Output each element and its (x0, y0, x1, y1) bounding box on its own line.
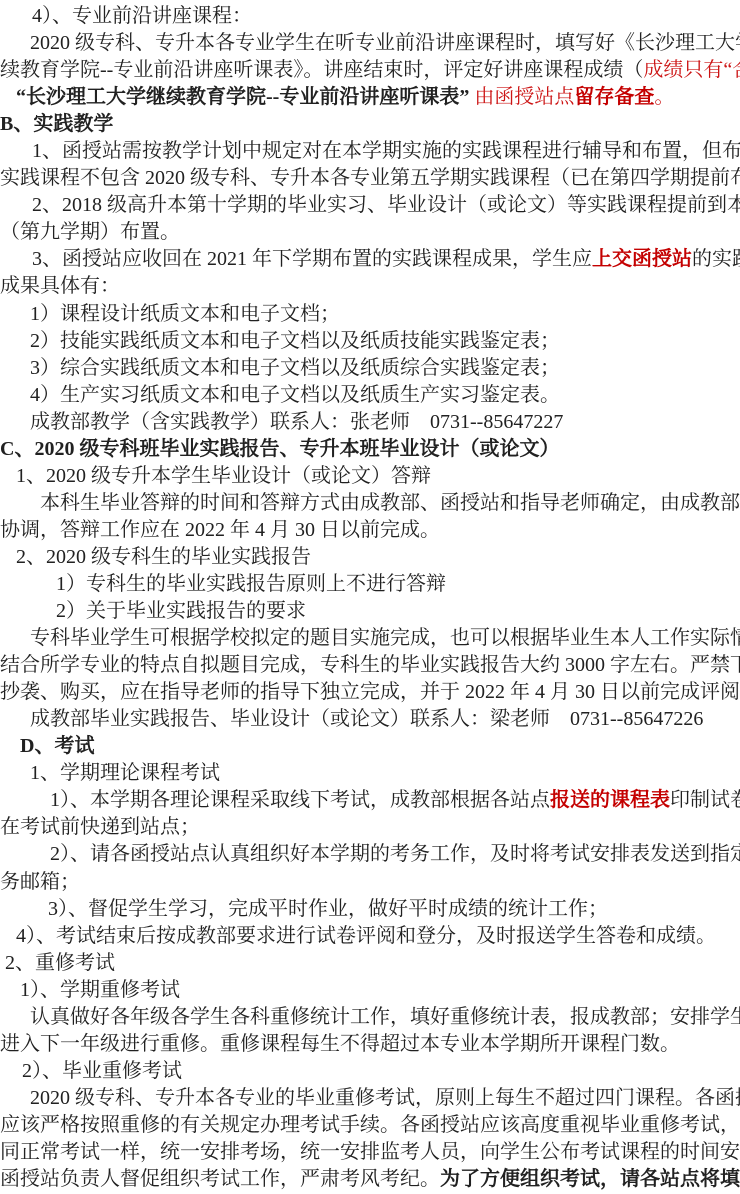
text-line: 续教育学院--专业前沿讲座听课表》。讲座结束时，评定好讲座课程成绩（成绩只有“合… (0, 57, 740, 84)
text-run: 2）、毕业重修考试 (22, 1060, 182, 1082)
text-run: 4）、考试结束后按成教部要求进行试卷评阅和登分，及时报送学生答卷和成绩。 (16, 925, 716, 947)
text-line: 2、重修考试 (0, 950, 740, 977)
text-run: 1、函授站需按教学计划中规定对在本学期实施的实践课程进行辅导和布置，但布置的 (32, 140, 740, 162)
text-run: （第九学期）布置。 (0, 221, 180, 243)
text-run: 的实践课程 (692, 248, 740, 270)
text-run: 3）、督促学生学习，完成平时作业，做好平时成绩的统计工作； (48, 898, 608, 920)
text-run: 续教育学院--专业前沿讲座听课表》。讲座结束时，评定好讲座课程成绩（ (0, 59, 643, 81)
text-run: 1、2020 级专升本学生毕业设计（或论文）答辩 (16, 465, 431, 487)
text-run: 1）、学期重修考试 (20, 979, 180, 1001)
text-line: 2）、毕业重修考试 (0, 1058, 740, 1085)
text-run: 务邮箱； (0, 871, 80, 893)
text-line: 结合所学专业的特点自拟题目完成，专科生的毕业实践报告大约 3000 字左右。严禁… (0, 652, 740, 679)
text-line: 同正常考试一样，统一安排考场，统一安排监考人员，向学生公布考试课程的时间安排。请 (0, 1139, 740, 1166)
text-run: B、实践教学 (0, 113, 113, 135)
text-run: 1）专科生的毕业实践报告原则上不进行答辩 (56, 573, 446, 595)
text-run: 2、重修考试 (5, 952, 115, 974)
text-run: 印制试卷， (670, 789, 740, 811)
text-run: 成教部毕业实践报告、毕业设计（或论文）联系人：梁老师 0731--8564722… (30, 708, 703, 730)
text-line: 在考试前快递到站点； (0, 814, 740, 841)
text-run: 。 (654, 86, 674, 108)
text-run: 实践课程不包含 2020 级专科、专升本各专业第五学期实践课程（已在第四学期提前… (0, 167, 740, 189)
text-run: 1）、本学期各理论课程采取线下考试，成教部根据各站点 (50, 789, 550, 811)
text-run: 在考试前快递到站点； (0, 816, 200, 838)
text-run: 同正常考试一样，统一安排考场，统一安排监考人员，向学生公布考试课程的时间安排。请 (0, 1141, 740, 1163)
text-line: 应该严格按照重修的有关规定办理考试手续。各函授站应该高度重视毕业重修考试，将其视 (0, 1112, 740, 1139)
text-run: 专科毕业学生可根据学校拟定的题目实施完成，也可以根据毕业生本人工作实际情况并 (30, 627, 740, 649)
text-run: 成教部教学（含实践教学）联系人：张老师 0731--85647227 (30, 411, 563, 433)
text-run: 成果具体有： (0, 275, 120, 297)
text-line: 2020 级专科、专升本各专业学生在听专业前沿讲座课程时，填写好《长沙理工大学继 (0, 30, 740, 57)
text-line: 1）、学期重修考试 (0, 977, 740, 1004)
text-run: 4）生产实习纸质文本和电子文档以及纸质生产实习鉴定表。 (30, 384, 560, 406)
text-line: 1、学期理论课程考试 (0, 760, 740, 787)
text-line: 2、2020 级专科生的毕业实践报告 (0, 544, 740, 571)
text-line: C、2020 级专科班毕业实践报告、专升本班毕业设计（或论文） (0, 436, 740, 463)
text-line: 4）、考试结束后按成教部要求进行试卷评阅和登分，及时报送学生答卷和成绩。 (0, 923, 740, 950)
text-line: 2）、请各函授站点认真组织好本学期的考务工作，及时将考试安排表发送到指定考 (0, 841, 740, 868)
text-run: 结合所学专业的特点自拟题目完成，专科生的毕业实践报告大约 3000 字左右。严禁… (0, 654, 740, 676)
text-run: 2020 级专科、专升本各专业的毕业重修考试，原则上每生不超过四门课程。各函授站 (30, 1087, 740, 1109)
text-run: 1、学期理论课程考试 (30, 762, 220, 784)
text-run: 3）综合实践纸质文本和电子文档以及纸质综合实践鉴定表； (30, 357, 560, 379)
text-run: C、2020 级专科班毕业实践报告、专升本班毕业设计（或论文） (0, 438, 559, 460)
text-run: 上交函授站 (592, 248, 692, 270)
text-run: 由函授站点 (469, 86, 574, 108)
text-line: 1）、本学期各理论课程采取线下考试，成教部根据各站点报送的课程表印制试卷， (0, 787, 740, 814)
text-run: 应该严格按照重修的有关规定办理考试手续。各函授站应该高度重视毕业重修考试，将其视 (0, 1114, 740, 1136)
text-run: 协调，答辩工作应在 2022 年 4 月 30 日以前完成。 (0, 519, 440, 541)
text-line: 专科毕业学生可根据学校拟定的题目实施完成，也可以根据毕业生本人工作实际情况并 (0, 625, 740, 652)
text-line: 成教部毕业实践报告、毕业设计（或论文）联系人：梁老师 0731--8564722… (0, 706, 740, 733)
text-line: 1）专科生的毕业实践报告原则上不进行答辩 (0, 571, 740, 598)
text-line: 2020 级专科、专升本各专业的毕业重修考试，原则上每生不超过四门课程。各函授站 (0, 1085, 740, 1112)
text-line: 协调，答辩工作应在 2022 年 4 月 30 日以前完成。 (0, 517, 740, 544)
text-line: 1、函授站需按教学计划中规定对在本学期实施的实践课程进行辅导和布置，但布置的 (0, 138, 740, 165)
text-run: 本科生毕业答辩的时间和答辩方式由成教部、函授站和指导老师确定，由成教部统一 (40, 492, 740, 514)
text-line: 2、2018 级高升本第十学期的毕业实习、毕业设计（或论文）等实践课程提前到本学… (0, 192, 740, 219)
text-line: 4）生产实习纸质文本和电子文档以及纸质生产实习鉴定表。 (0, 382, 740, 409)
text-line: 3）、督促学生学习，完成平时作业，做好平时成绩的统计工作； (0, 896, 740, 923)
document-page: 4）、专业前沿讲座课程：2020 级专科、专升本各专业学生在听专业前沿讲座课程时… (0, 0, 740, 1194)
text-run: 认真做好各年级各学生各科重修统计工作，填好重修统计表，报成教部；安排学生及时 (30, 1006, 740, 1028)
text-run: 2）、请各函授站点认真组织好本学期的考务工作，及时将考试安排表发送到指定考 (50, 843, 740, 865)
text-line: 务邮箱； (0, 869, 740, 896)
text-run: 1）课程设计纸质文本和电子文档； (30, 303, 340, 325)
text-line: B、实践教学 (0, 111, 740, 138)
text-line: 进入下一年级进行重修。重修课程每生不得超过本专业本学期所开课程门数。 (0, 1031, 740, 1058)
text-run: 2）技能实践纸质文本和电子文档以及纸质技能实践鉴定表； (30, 330, 560, 352)
text-line: 成果具体有： (0, 273, 740, 300)
text-run: 函授站负责人督促组织考试工作，严肃考风考纪。 (0, 1168, 440, 1190)
text-run: 2、2018 级高升本第十学期的毕业实习、毕业设计（或论文）等实践课程提前到本学… (32, 194, 740, 216)
text-run: 2020 级专科、专升本各专业学生在听专业前沿讲座课程时，填写好《长沙理工大学继 (30, 32, 740, 54)
text-run: 2）关于毕业实践报告的要求 (56, 600, 306, 622)
text-line: 本科生毕业答辩的时间和答辩方式由成教部、函授站和指导老师确定，由成教部统一 (0, 490, 740, 517)
text-run: 成绩只有“合格” (643, 59, 740, 81)
text-line: 3）综合实践纸质文本和电子文档以及纸质综合实践鉴定表； (0, 355, 740, 382)
text-line: 1、2020 级专升本学生毕业设计（或论文）答辩 (0, 463, 740, 490)
text-line: 认真做好各年级各学生各科重修统计工作，填好重修统计表，报成教部；安排学生及时 (0, 1004, 740, 1031)
text-run: “长沙理工大学继续教育学院--专业前沿讲座听课表” (16, 86, 469, 108)
text-line: 成教部教学（含实践教学）联系人：张老师 0731--85647227 (0, 409, 740, 436)
text-line: 4）、专业前沿讲座课程： (0, 3, 740, 30)
text-run: 报送的课程表 (550, 789, 670, 811)
text-run: 留存备查 (574, 86, 654, 108)
text-line: 2）关于毕业实践报告的要求 (0, 598, 740, 625)
text-run: 3、函授站应收回在 2021 年下学期布置的实践课程成果，学生应 (32, 248, 592, 270)
document-body: 4）、专业前沿讲座课程：2020 级专科、专升本各专业学生在听专业前沿讲座课程时… (0, 3, 740, 1193)
text-line: D、考试 (0, 733, 740, 760)
text-run: 2、2020 级专科生的毕业实践报告 (16, 546, 311, 568)
text-run: 抄袭、购买，应在指导老师的指导下独立完成，并于 2022 年 4 月 30 日以… (0, 681, 740, 703)
text-run: 为了方便组织考试，请各站点将填好的重 (440, 1168, 740, 1190)
text-line: “长沙理工大学继续教育学院--专业前沿讲座听课表” 由函授站点留存备查。 (0, 84, 740, 111)
text-line: 函授站负责人督促组织考试工作，严肃考风考纪。为了方便组织考试，请各站点将填好的重 (0, 1166, 740, 1193)
text-run: D、考试 (20, 735, 94, 757)
text-line: 1）课程设计纸质文本和电子文档； (0, 301, 740, 328)
text-run: 进入下一年级进行重修。重修课程每生不得超过本专业本学期所开课程门数。 (0, 1033, 680, 1055)
text-line: （第九学期）布置。 (0, 219, 740, 246)
text-run: 4）、专业前沿讲座课程： (32, 5, 252, 27)
text-line: 2）技能实践纸质文本和电子文档以及纸质技能实践鉴定表； (0, 328, 740, 355)
text-line: 3、函授站应收回在 2021 年下学期布置的实践课程成果，学生应上交函授站的实践… (0, 246, 740, 273)
text-line: 抄袭、购买，应在指导老师的指导下独立完成，并于 2022 年 4 月 30 日以… (0, 679, 740, 706)
text-line: 实践课程不包含 2020 级专科、专升本各专业第五学期实践课程（已在第四学期提前… (0, 165, 740, 192)
